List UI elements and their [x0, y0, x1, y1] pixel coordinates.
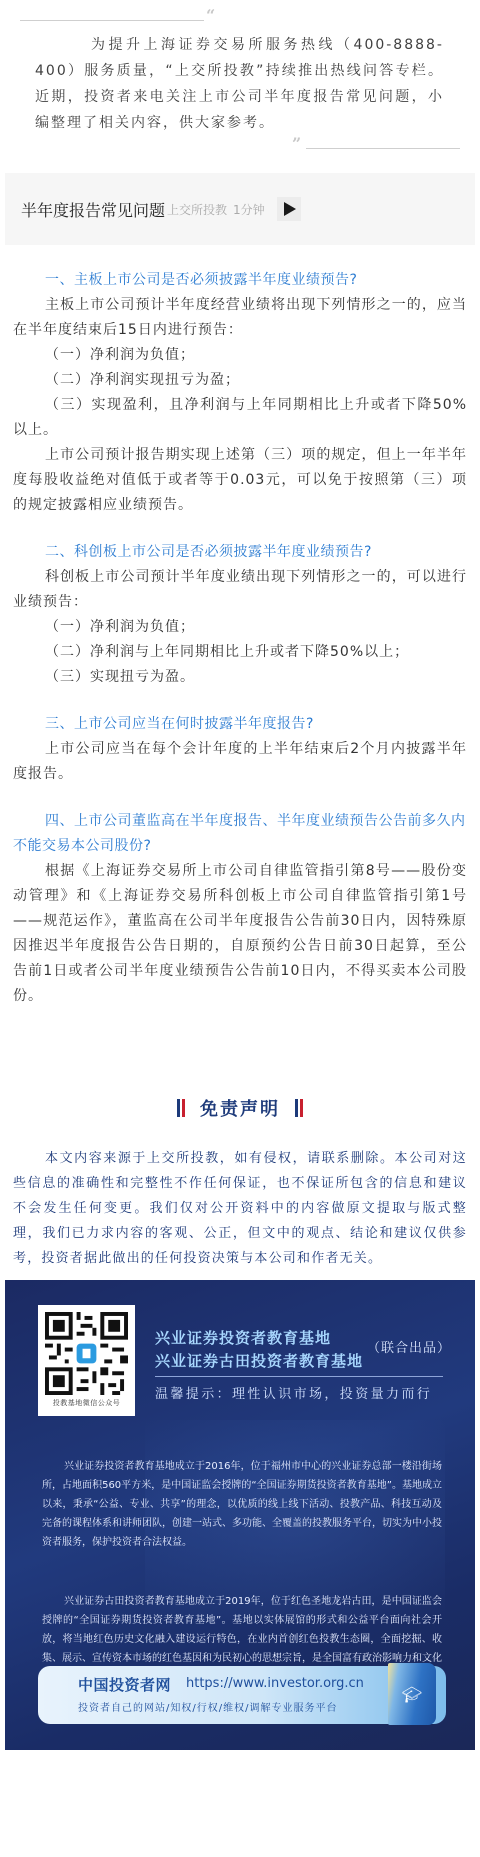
qr-caption: 投教基地微信公众号 [45, 1398, 128, 1408]
list-item: （三）实现扭亏为盈。 [13, 665, 467, 690]
decor-bar-icon [177, 1099, 180, 1117]
section-title: 一、主板上市公司是否必须披露半年度业绩预告? [13, 268, 467, 293]
intro-quote: “ 为提升上海证券交易所服务热线（400-8888-400）服务质量，“上交所投… [20, 8, 460, 156]
section-title: 二、科创板上市公司是否必须披露半年度业绩预告? [13, 540, 467, 565]
decor-bar-icon [182, 1099, 185, 1117]
quote-top: “ [20, 8, 460, 24]
decor-bar-icon [300, 1099, 303, 1117]
promo-tip: 温馨提示：理性认识市场，投资量力而行 [155, 1383, 432, 1402]
audio-card[interactable]: 半年度报告常见问题 上交所投教 1分钟 [5, 173, 475, 245]
decor-bar-icon [295, 1099, 298, 1117]
disclaimer-title: 免责声明 [200, 1099, 280, 1120]
disclaimer-text: 本文内容来源于上交所投教，如有侵权，请联系删除。本公司对这些信息的准确性和完整性… [13, 1146, 467, 1271]
investor-site-tagline: 投资者自己的网站/知权/行权/维权/调解专业服务平台 [78, 1699, 337, 1714]
list-item: （一）净利润为负值； [13, 343, 467, 368]
paragraph: 上市公司应当在每个会计年度的上半年结束后2个月内披露半年度报告。 [13, 737, 467, 787]
audio-title: 半年度报告常见问题 [21, 198, 165, 221]
paragraph: 科创板上市公司预计半年度业绩出现下列情形之一的，可以进行业绩预告： [13, 565, 467, 615]
divider [306, 148, 460, 149]
investor-site-url[interactable]: https://www.investor.org.cn [186, 1676, 364, 1691]
divider [20, 20, 204, 21]
graduation-cap-icon: 🎓︎ [402, 1685, 422, 1704]
divider [155, 1376, 443, 1377]
audio-source: 上交所投教 [167, 201, 227, 218]
book-icon: 🎓︎ [388, 1663, 436, 1725]
open-quote-icon: “ [206, 6, 213, 25]
close-quote-icon: ” [292, 134, 299, 153]
paragraph: 根据《上海证券交易所上市公司自律监管指引第8号——股份变动管理》和《上海证券交易… [13, 859, 467, 1009]
investor-site-name: 中国投资者网 [78, 1674, 171, 1695]
promo-title-2: 兴业证券古田投资者教育基地 [155, 1350, 363, 1371]
section-title: 四、上市公司董监高在半年度报告、半年度业绩预告公告前多久内不能交易本公司股份? [13, 809, 467, 859]
list-item: （一）净利润为负值； [13, 615, 467, 640]
disclaimer-heading: 免责声明 [0, 1095, 480, 1121]
article-body: 一、主板上市公司是否必须披露半年度业绩预告? 主板上市公司预计半年度经营业绩将出… [13, 268, 467, 1009]
paragraph: 上市公司预计报告期实现上述第（三）项的规定，但上一年半年度每股收益绝对值低于或者… [13, 443, 467, 518]
audio-duration: 1分钟 [233, 201, 265, 218]
promo-title-1: 兴业证券投资者教育基地 [155, 1327, 331, 1348]
qr-code[interactable]: 投教基地微信公众号 [38, 1305, 135, 1416]
play-icon [284, 202, 296, 216]
list-item: （二）净利润与上年同期相比上升或者下降50%以上； [13, 640, 467, 665]
section-title: 三、上市公司应当在何时披露半年度报告? [13, 712, 467, 737]
qr-code-icon [45, 1312, 128, 1395]
list-item: （二）净利润实现扭亏为盈； [13, 368, 467, 393]
paragraph: 主板上市公司预计半年度经营业绩将出现下列情形之一的，应当在半年度结束后15日内进… [13, 293, 467, 343]
list-item: （三）实现盈利，且净利润与上年同期相比上升或者下降50%以上。 [13, 393, 467, 443]
quote-bottom: ” [20, 140, 460, 156]
promo-joint-label: （联合出品） [367, 1337, 451, 1356]
investor-site-banner[interactable]: 中国投资者网 https://www.investor.org.cn 投资者自己… [5, 1660, 475, 1730]
promo-banner: 投教基地微信公众号 兴业证券投资者教育基地 兴业证券古田投资者教育基地 （联合出… [5, 1280, 475, 1750]
intro-text: 为提升上海证券交易所服务热线（400-8888-400）服务质量，“上交所投教”… [20, 32, 460, 136]
promo-paragraph: 兴业证券投资者教育基地成立于2016年，位于福州市中心的兴业证券总部一楼沿街场所… [42, 1457, 442, 1552]
play-button[interactable] [277, 197, 301, 221]
